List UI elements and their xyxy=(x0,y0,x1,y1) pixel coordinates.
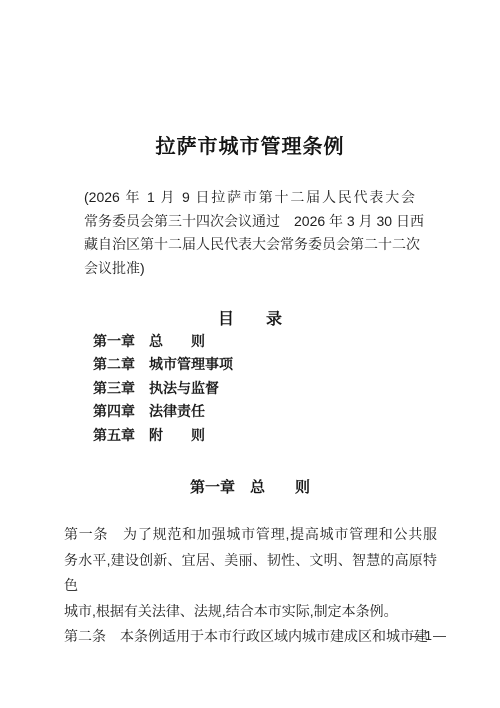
toc-item: 第四章 法律责任 xyxy=(93,400,233,423)
adoption-note-line: (2026 年 1 月 9 日拉萨市第十二届人民代表大会 xyxy=(84,186,415,210)
adoption-note-line: 会议批准) xyxy=(84,257,415,281)
article-2-paragraph: 第二条 本条例适用于本市行政区域内城市建成区和城市建 xyxy=(64,624,437,650)
document-title: 拉萨市城市管理条例 xyxy=(0,135,500,159)
chapter-1-heading: 第一章 总 则 xyxy=(0,476,500,500)
toc-item: 第三章 执法与监督 xyxy=(93,377,233,400)
body-line: 城市,根据有关法律、法规,结合本市实际,制定本条例。 xyxy=(64,599,437,625)
adoption-note-paragraph: (2026 年 1 月 9 日拉萨市第十二届人民代表大会 常务委员会第三十四次会… xyxy=(84,186,415,280)
body-text: 第一条 为了规范和加强城市管理,提高城市管理和公共服 务水平,建设创新、宜居、美… xyxy=(64,522,437,650)
toc-item: 第五章 附 则 xyxy=(93,424,233,447)
toc-heading: 目 录 xyxy=(0,308,500,332)
adoption-note-line: 藏自治区第十二届人民代表大会常务委员会第二十二次 xyxy=(84,233,415,257)
body-line: 第一条 为了规范和加强城市管理,提高城市管理和公共服 xyxy=(64,522,437,548)
body-line: 务水平,建设创新、宜居、美丽、韧性、文明、智慧的高原特色 xyxy=(64,548,437,599)
adoption-note-line: 常务委员会第三十四次会议通过 2026 年 3 月 30 日西 xyxy=(84,210,415,234)
document-page: 拉萨市城市管理条例 (2026 年 1 月 9 日拉萨市第十二届人民代表大会 常… xyxy=(0,0,500,708)
toc-item: 第二章 城市管理事项 xyxy=(93,353,233,376)
article-1-paragraph: 第一条 为了规范和加强城市管理,提高城市管理和公共服 务水平,建设创新、宜居、美… xyxy=(64,522,437,624)
body-line: 第二条 本条例适用于本市行政区域内城市建成区和城市建 xyxy=(64,624,437,650)
toc-item: 第一章 总 则 xyxy=(93,330,233,353)
toc-list: 第一章 总 则 第二章 城市管理事项 第三章 执法与监督 第四章 法律责任 第五… xyxy=(93,330,233,447)
page-number: —1— xyxy=(411,628,447,643)
